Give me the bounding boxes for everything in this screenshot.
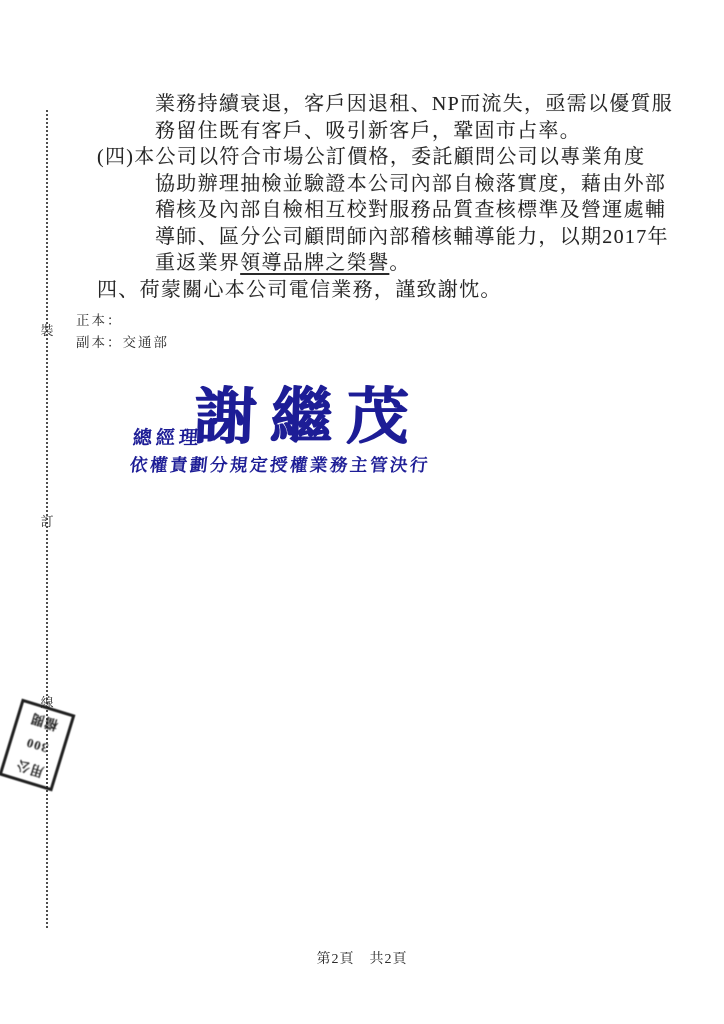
- body-line: 重返業界領導品牌之榮譽。: [97, 250, 665, 277]
- body-text: 業務持續衰退，客戶因退租、NP而流失，亟需以優質服 務留住既有客戶、吸引新客戶，…: [97, 91, 665, 303]
- page-number: 第2頁 共2頁: [317, 952, 408, 967]
- body-line: (四)本公司以符合市場公訂價格，委託顧問公司以專業角度: [97, 144, 665, 171]
- closing-line: 四、荷蒙關心本公司電信業務，謹致謝忱。: [97, 277, 665, 304]
- body-line: 務留住既有客戶、吸引新客戶，鞏固市占率。: [97, 118, 665, 145]
- distribution-copy: 副本：交通部: [76, 332, 169, 354]
- binding-mark-zhuang: 裝: [38, 320, 56, 339]
- underlined-phrase: 領導品牌之榮譽: [240, 252, 389, 274]
- ink-stamp: 用公 300 檔閱: [0, 699, 75, 792]
- ink-stamp-row: 用公: [14, 758, 45, 779]
- body-line: 協助辦理抽檢並驗證本公司內部自檢落實度，藉由外部: [97, 171, 665, 198]
- body-line: 業務持續衰退，客戶因退租、NP而流失，亟需以優質服: [97, 91, 665, 118]
- scanned-document-page: 裝 訂 線 用公 300 檔閱 業務持續衰退，客戶因退租、NP而流失，亟需以優質…: [0, 0, 724, 1024]
- ink-stamp-row: 檔閱: [29, 711, 60, 732]
- signature-authorization-note: 依權責劃分規定授權業務主管決行: [129, 452, 432, 477]
- body-line: 導師、區分公司顧問師內部稽核輔導能力，以期2017年: [97, 224, 665, 251]
- body-line: 稽核及內部自檢相互校對服務品質查核標準及營運處輔: [97, 197, 665, 224]
- body-line-segment: 重返業界: [155, 252, 240, 274]
- body-line-segment: 。: [389, 252, 410, 274]
- binding-mark-ding: 訂: [38, 511, 56, 530]
- page-footer: 第2頁 共2頁: [0, 948, 724, 968]
- distribution-original: 正本：: [76, 310, 169, 332]
- signature-name: 謝繼茂: [193, 386, 423, 451]
- distribution-block: 正本： 副本：交通部: [76, 310, 169, 354]
- ink-stamp-row: 300: [24, 736, 49, 755]
